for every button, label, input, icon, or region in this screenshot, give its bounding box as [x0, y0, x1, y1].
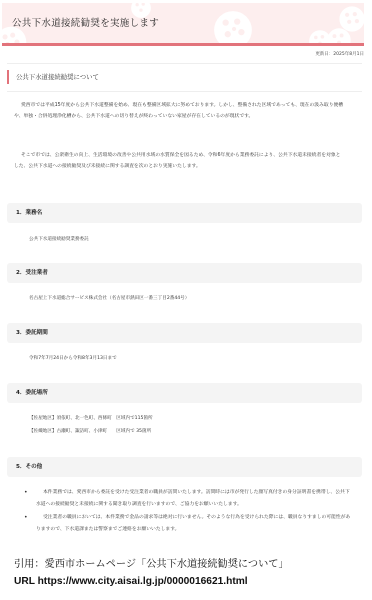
intro-paragraph: そこで市では、公衆衛生の向上、生活環境の改善や公共用水域の水質保全を図るため、令…: [14, 151, 344, 172]
section-value: 公共下水道接続勧奨業務委託: [29, 235, 89, 245]
section-label: 5．その他: [16, 457, 42, 477]
citation: 引用：愛西市ホームページ「公共下水道接続勧奨について」 URL https://…: [14, 556, 289, 590]
page-title: 公共下水道接続勧奨を実施します: [12, 15, 159, 29]
section-header-contractor: 2．受注業者: [7, 263, 362, 283]
section-value: 【佐屋地区】須依町、北一色町、西條町 区域内で115箇所: [29, 414, 153, 424]
section-value: 令和7年7月24日から令和8年3月13日まで: [29, 354, 117, 364]
section-header-location: 4．委託場所: [7, 383, 362, 403]
citation-url: URL https://www.city.aisai.lg.jp/0000016…: [14, 573, 289, 590]
page-header-banner: 公共下水道接続勧奨を実施します: [2, 3, 364, 46]
section-label: 1．業務名: [16, 203, 42, 223]
lotus-decoration-icon: [212, 9, 254, 46]
section-value: 名古屋上下水道総合サービス株式会社（名古屋市熱田区一番三丁目2番44号）: [29, 294, 189, 304]
intro-paragraph: 愛西市では平成15年度から公共下水道整備を始め、現在も整備区域拡大に努めておりま…: [14, 101, 344, 122]
section-header-business-name: 1．業務名: [7, 203, 362, 223]
lotus-decoration-icon: [338, 5, 364, 33]
section-label: 3．委託期間: [16, 323, 48, 343]
notes-list: 本件業務では、愛西市から委託を受けた受注業者の職員が訪問いたします。訪問時には市…: [24, 487, 354, 537]
list-item: 本件業務では、愛西市から委託を受けた受注業者の職員が訪問いたします。訪問時には市…: [24, 487, 354, 510]
section-label: 4．委託場所: [16, 383, 48, 403]
divider: [7, 91, 362, 92]
divider: [7, 63, 362, 64]
section-value: 【佐織地区】古瀬町、諏訪町、小津町 区域内で 35箇所: [29, 427, 151, 437]
updated-date: 更新日：2025年8月1日: [315, 51, 364, 57]
list-item: 受注業者の職員においては、本件業務で金品の請求等は絶対に行いません。そのような行…: [24, 512, 354, 535]
section-label: 2．受注業者: [16, 263, 48, 283]
section-header-other: 5．その他: [7, 457, 362, 477]
section-header-period: 3．委託期間: [7, 323, 362, 343]
section-heading: 公共下水道接続勧奨について: [7, 70, 99, 84]
note-text: 受注業者の職員においては、本件業務で金品の請求等は絶対に行いません。そのような行…: [24, 512, 354, 535]
citation-source: 引用：愛西市ホームページ「公共下水道接続勧奨について」: [14, 556, 289, 573]
page: 公共下水道接続勧奨を実施します: [2, 3, 364, 46]
note-text: 本件業務では、愛西市から委託を受けた受注業者の職員が訪問いたします。訪問時には市…: [24, 487, 354, 510]
